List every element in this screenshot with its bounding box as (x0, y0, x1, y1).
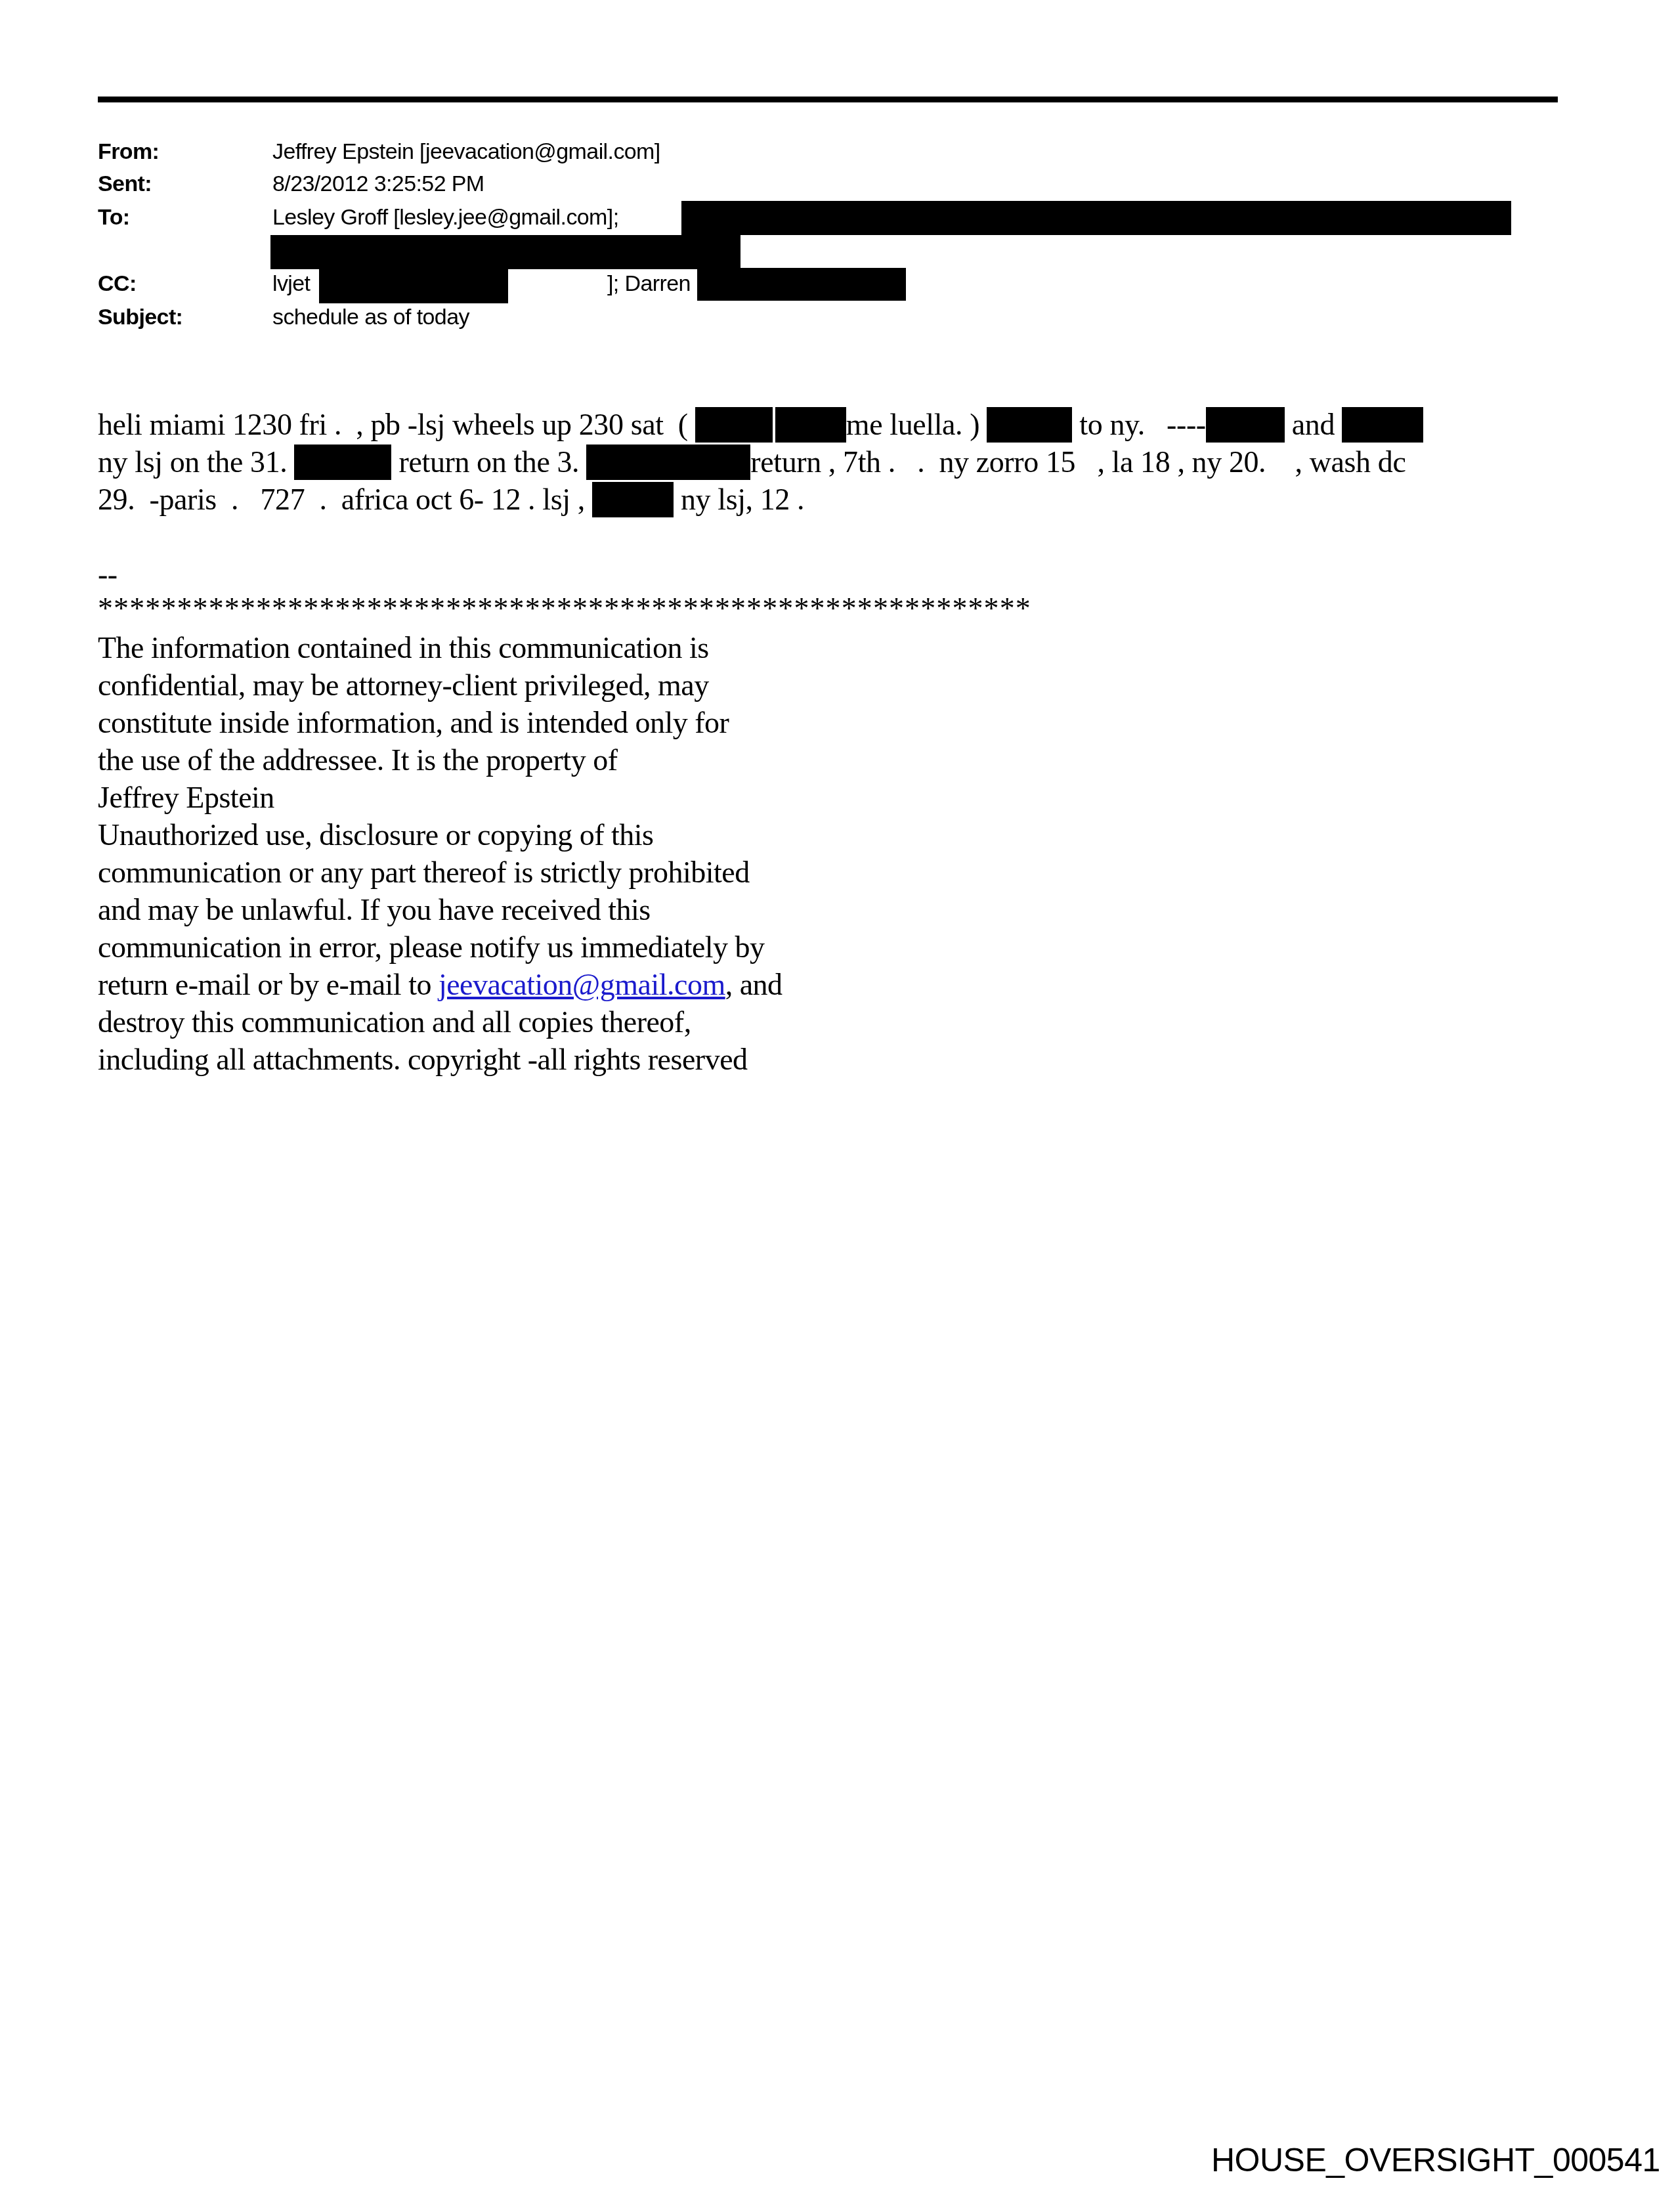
disclaimer-line: constitute inside information, and is in… (98, 704, 729, 741)
subject-label: Subject: (98, 304, 182, 330)
disclaimer-line: the use of the addressee. It is the prop… (98, 741, 617, 779)
to-label: To: (98, 204, 130, 230)
body-text-segment: and (1285, 408, 1342, 441)
body-text-segment: heli miami 1230 fri . , pb -lsj wheels u… (98, 408, 695, 441)
disclaimer-line: and may be unlawful. If you have receive… (98, 891, 651, 928)
redaction-box (1342, 407, 1423, 443)
redaction-box (1206, 407, 1285, 443)
disclaimer-text: return e-mail or by e-mail to (98, 968, 439, 1001)
redaction-box (592, 482, 674, 517)
redaction-box (681, 201, 1511, 235)
redaction-box (319, 268, 508, 303)
subject-value: schedule as of today (272, 304, 469, 330)
redaction-box (695, 407, 773, 443)
disclaimer-line: The information contained in this commun… (98, 629, 709, 666)
bates-number: HOUSE_OVERSIGHT_000541 (1211, 2142, 1660, 2179)
disclaimer-line: communication or any part thereof is str… (98, 854, 750, 891)
body-text-segment: 29. -paris . 727 . africa oct 6- 12 . ls… (98, 483, 592, 516)
redaction-box (987, 407, 1072, 443)
header-rule (98, 97, 1558, 102)
sent-value: 8/23/2012 3:25:52 PM (272, 171, 484, 197)
redaction-box (270, 235, 740, 269)
sent-label: Sent: (98, 171, 152, 197)
body-text-segment: me luella. ) (846, 408, 987, 441)
disclaimer-line: communication in error, please notify us… (98, 928, 765, 966)
body-line-2: ny lsj on the 31. return on the 3. retur… (98, 443, 1406, 481)
disclaimer-line: confidential, may be attorney-client pri… (98, 666, 709, 704)
redaction-box (586, 445, 750, 480)
from-label: From: (98, 139, 159, 165)
to-value: Lesley Groff [lesley.jee@gmail.com]; (272, 204, 619, 230)
from-value: Jeffrey Epstein [jeevacation@gmail.com] (272, 139, 660, 165)
cc-value-start: lvjet (272, 271, 310, 297)
redaction-box (697, 268, 906, 301)
disclaimer-line: Unauthorized use, disclosure or copying … (98, 816, 653, 854)
body-text-segment: return , 7th . . ny zorro 15 , la 18 , n… (750, 445, 1406, 479)
signature-dashes: -- (98, 555, 118, 593)
redaction-box (775, 407, 846, 443)
disclaimer-line: destroy this communication and all copie… (98, 1003, 691, 1041)
disclaimer-line: including all attachments. copyright -al… (98, 1041, 748, 1078)
body-text-segment: to ny. ---- (1072, 408, 1205, 441)
body-line-1: heli miami 1230 fri . , pb -lsj wheels u… (98, 406, 1423, 443)
cc-label: CC: (98, 271, 137, 297)
body-line-3: 29. -paris . 727 . africa oct 6- 12 . ls… (98, 481, 804, 518)
signature-stars: ****************************************… (98, 590, 1031, 627)
disclaimer-link-line: return e-mail or by e-mail to jeevacatio… (98, 966, 783, 1003)
redaction-box (294, 445, 391, 480)
body-text-segment: ny lsj on the 31. (98, 445, 294, 479)
disclaimer-line: Jeffrey Epstein (98, 779, 274, 816)
disclaimer-text: , and (725, 968, 783, 1001)
body-text-segment: ny lsj, 12 . (674, 483, 804, 516)
email-link[interactable]: jeevacation@gmail.com (439, 968, 725, 1001)
body-text-segment: return on the 3. (391, 445, 586, 479)
